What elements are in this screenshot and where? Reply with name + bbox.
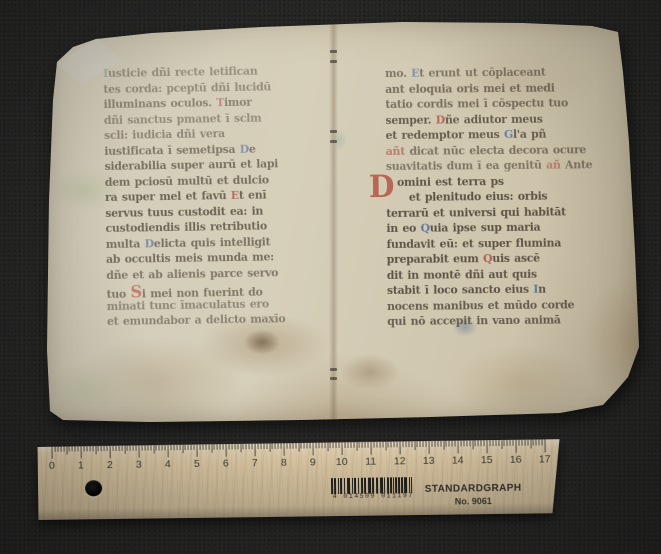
- ruler-tick: [263, 443, 264, 449]
- barcode-bar: [361, 478, 363, 494]
- fold-stitch: [330, 368, 337, 371]
- ruler-tick: [83, 445, 84, 451]
- fold-stitch: [330, 50, 337, 53]
- barcode-bar: [347, 478, 350, 494]
- ink-text: semper.: [385, 112, 435, 126]
- manuscript-line: et redemptor meus Gl'a pñ: [386, 126, 595, 143]
- ruler-tick: [310, 442, 311, 448]
- decorated-initial: Q: [483, 251, 492, 265]
- ruler-tick: [115, 445, 116, 451]
- ink-text: et redemptor meus: [386, 127, 504, 142]
- ruler-tick: [127, 445, 128, 451]
- ruler-tick: [469, 440, 470, 446]
- right-page-text: mo. Et erunt ut cōplaceantant eloquia or…: [385, 64, 596, 329]
- ruler-number: 0: [49, 460, 55, 472]
- ink-text: multa: [106, 236, 145, 251]
- barcode-bar: [401, 477, 403, 493]
- ruler-tick: [492, 440, 493, 446]
- model-label: No. 9061: [420, 496, 526, 507]
- decorated-initial: añt: [386, 143, 410, 157]
- ruler-tick: [269, 443, 270, 452]
- ruler-tick: [460, 440, 461, 446]
- barcode-bar: [393, 477, 394, 493]
- ruler-tick: [327, 442, 328, 451]
- ink-text: usticie dñi recte letifican: [108, 64, 258, 80]
- ruler-tick: [197, 444, 198, 457]
- barcode-bar: [390, 477, 392, 493]
- ruler-tick: [52, 446, 53, 459]
- ruler-tick: [449, 441, 450, 447]
- ruler-number: 16: [510, 454, 522, 466]
- ink-text: uis ascē: [492, 251, 540, 265]
- barcode-bar: [337, 478, 338, 494]
- ruler-tick: [379, 442, 380, 448]
- decorated-initial: Q: [420, 221, 429, 235]
- ruler-tick: [228, 443, 229, 449]
- ruler-tick: [223, 444, 224, 450]
- ruler-tick: [368, 442, 369, 448]
- ruler-tick: [423, 441, 424, 447]
- ruler-tick: [254, 443, 255, 456]
- ink-text: mo.: [385, 66, 411, 80]
- ruler-tick: [359, 442, 360, 448]
- barcode-bar: [364, 478, 367, 494]
- barcode-bar: [409, 477, 410, 493]
- ruler-tick: [220, 444, 221, 450]
- ruler-tick: [408, 441, 409, 447]
- ruler-tick: [397, 441, 398, 447]
- ruler-tick: [211, 444, 212, 453]
- ruler-tick: [321, 442, 322, 448]
- ruler-tick: [350, 442, 351, 448]
- ink-text: t enī: [239, 187, 267, 201]
- decorated-initial: E: [411, 66, 419, 80]
- ruler-hole: [85, 480, 102, 496]
- ruler-tick: [136, 445, 137, 451]
- ruler-tick: [66, 446, 67, 455]
- ink-text: dicat nūc electa decora ocure: [409, 142, 586, 158]
- ruler-number: 9: [310, 456, 316, 468]
- ink-text: et emundabor a delicto maxīo: [107, 311, 286, 328]
- ruler-tick: [385, 441, 386, 450]
- ruler-tick: [98, 445, 99, 451]
- ruler-tick: [315, 442, 316, 448]
- ink-text: suavitatis dum ī ea genitū: [386, 158, 546, 173]
- ruler-tick: [246, 443, 247, 449]
- barcode-bar: [340, 478, 342, 494]
- ruler-number: 5: [194, 458, 200, 470]
- manuscript-line: dit in montē dñi aut quis: [387, 266, 596, 283]
- ruler-tick: [92, 445, 93, 451]
- barcode-bar: [344, 478, 345, 494]
- ruler-tick: [182, 444, 183, 453]
- manuscript-line: in eo Quia ipse sup maria: [386, 219, 595, 236]
- ruler-tick: [81, 445, 82, 458]
- ruler-tick: [330, 442, 331, 448]
- ruler-tick: [217, 444, 218, 450]
- ruler-tick: [295, 443, 296, 449]
- ruler-tick: [498, 440, 499, 446]
- barcode-bar: [411, 477, 412, 493]
- ruler-tick: [475, 440, 476, 446]
- ruler-tick: [513, 440, 514, 446]
- ruler-tick: [428, 441, 429, 454]
- ruler-tick: [446, 441, 447, 447]
- ruler-tick: [452, 441, 453, 447]
- decorated-initial: T: [216, 95, 224, 109]
- ruler-tick: [510, 440, 511, 446]
- ruler-tick: [399, 441, 400, 454]
- ruler-tick: [283, 443, 284, 456]
- ruler-tick: [60, 446, 61, 452]
- ruler-tick: [292, 443, 293, 449]
- ruler-ticks: [38, 439, 561, 446]
- ruler-tick: [275, 443, 276, 449]
- barcode-bar: [358, 478, 359, 494]
- ruler-tick: [457, 440, 458, 453]
- ruler-tick: [420, 441, 421, 447]
- ink-text: in eo: [386, 221, 420, 235]
- ruler-tick: [339, 442, 340, 448]
- ink-text: dñi sanctus pmanet ī sclm: [104, 110, 262, 126]
- ruler-tick: [530, 440, 531, 449]
- ruler-tick: [54, 446, 55, 452]
- ruler-tick: [504, 440, 505, 446]
- manuscript-line: suavitatis dum ī ea genitū añ Ante: [386, 157, 595, 174]
- ink-text: tes corda: pceptū dñi lucidū: [103, 79, 271, 96]
- manuscript-line: Domini est terra ps: [386, 173, 595, 190]
- ruler-tick: [489, 440, 490, 446]
- ink-text: terrarū et universi qui habitāt: [386, 204, 566, 220]
- ruler-tick: [478, 440, 479, 446]
- ink-text: minati tunc īmaculatus ero: [107, 296, 269, 313]
- ruler-tick: [121, 445, 122, 451]
- ruler-tick: [463, 440, 464, 446]
- manuscript-line: fundavit eū: et super flumina: [386, 235, 595, 252]
- ruler-tick: [188, 444, 189, 450]
- barcode: 4 014509 011197: [330, 477, 416, 504]
- ruler-tick: [507, 440, 508, 446]
- ruler-tick: [231, 443, 232, 449]
- ruler-tick: [63, 446, 64, 452]
- ruler-tick: [481, 440, 482, 446]
- ruler-tick: [168, 444, 169, 457]
- ruler-tick: [266, 443, 267, 449]
- ruler-tick: [286, 443, 287, 449]
- ruler-tick: [234, 443, 235, 449]
- ruler-tick: [133, 445, 134, 451]
- manuscript-bifolium: Iusticie dñi recte letificantes corda: p…: [40, 20, 642, 428]
- ruler-tick: [524, 440, 525, 446]
- center-fold: [329, 20, 338, 428]
- left-page-text: Iusticie dñi recte letificantes corda: p…: [103, 63, 311, 330]
- ruler-tick: [501, 440, 502, 449]
- ruler-tick: [72, 446, 73, 452]
- decorated-initial: añ: [546, 157, 565, 171]
- ruler-tick: [162, 444, 163, 450]
- ruler-tick: [75, 446, 76, 452]
- barcode-bar: [376, 478, 379, 494]
- ruler-tick: [260, 443, 261, 449]
- ruler-tick: [304, 443, 305, 449]
- ruler-tick: [278, 443, 279, 449]
- ruler-tick: [298, 443, 299, 452]
- ruler-tick: [104, 445, 105, 451]
- ink-text: illuminans oculos.: [103, 95, 216, 111]
- ruler-tick: [289, 443, 290, 449]
- ruler-tick: [118, 445, 119, 451]
- ruler-tick: [257, 443, 258, 449]
- ruler-tick: [179, 444, 180, 450]
- manuscript-line: añt dicat nūc electa decora ocure: [386, 142, 595, 159]
- ruler-tick: [281, 443, 282, 449]
- ruler-tick: [191, 444, 192, 450]
- barcode-bar: [334, 478, 336, 494]
- barcode-bar: [372, 478, 374, 494]
- ink-text: ant eloquia oris mei et medi: [385, 80, 554, 95]
- barcode-bar: [380, 477, 383, 493]
- ruler-tick: [414, 441, 415, 450]
- ruler-tick: [391, 441, 392, 447]
- ink-text: nocens manibus et mūdo corde: [387, 297, 574, 313]
- decorated-initial: D: [240, 141, 249, 155]
- manuscript-line: preparabit eum Quis ascē: [387, 250, 596, 267]
- barcode-bar: [354, 478, 356, 494]
- ruler-tick: [341, 442, 342, 455]
- ruler-tick: [57, 446, 58, 452]
- ruler-tick: [373, 442, 374, 448]
- ruler-tick: [515, 440, 516, 453]
- ruler-tick: [527, 440, 528, 446]
- ruler-tick: [139, 445, 140, 458]
- ruler-tick: [150, 445, 151, 451]
- ruler-tick: [426, 441, 427, 447]
- ruler-tick: [69, 446, 70, 452]
- ruler-tick: [318, 442, 319, 448]
- ruler-tick: [431, 441, 432, 447]
- ruler-tick: [159, 444, 160, 450]
- ruler-number: 17: [539, 453, 551, 465]
- ruler-tick: [214, 444, 215, 450]
- manuscript-line: ant eloquia oris mei et medi: [385, 80, 594, 97]
- ruler-number: 4: [165, 458, 171, 470]
- ink-text: imor: [224, 95, 252, 109]
- barcode-bar: [331, 478, 333, 494]
- manuscript-line: qui nō accepit in vano animā: [387, 312, 596, 329]
- ruler-tick: [225, 444, 226, 457]
- ruler-tick: [353, 442, 354, 448]
- ruler-number: 15: [481, 454, 493, 466]
- barcode-bar: [404, 477, 407, 493]
- ruler-tick: [202, 444, 203, 450]
- ruler-tick: [272, 443, 273, 449]
- ink-text: n: [538, 282, 546, 296]
- manuscript-line: stabit ī loco sancto eius In: [387, 281, 596, 298]
- ink-text: dit in montē dñi aut quis: [387, 266, 537, 281]
- manuscript-line: et plenitudo eius: orbis: [409, 188, 595, 205]
- ruler: 01234567891011121314151617 4 014509 0111…: [38, 439, 562, 520]
- barcode-bar: [386, 477, 389, 493]
- ink-text: fundavit eū: et super flumina: [386, 235, 561, 251]
- ink-text: dñe et ab alienis parce servo: [106, 265, 278, 282]
- ruler-tick: [144, 445, 145, 451]
- ruler-number: 14: [452, 454, 464, 466]
- ruler-tick: [199, 444, 200, 450]
- ruler-number: 1: [78, 459, 84, 471]
- ink-text: servus tuus custodit ea: in: [105, 203, 263, 219]
- barcode-bar: [395, 477, 397, 493]
- ruler-tick: [362, 442, 363, 448]
- ink-text: stabit ī loco sancto eius: [387, 282, 533, 297]
- ink-text: dem pciosū multū et dulcio: [105, 172, 269, 189]
- ruler-tick: [185, 444, 186, 450]
- manuscript-line: semper. Dñe adiutor meus: [385, 111, 594, 128]
- ruler-tick: [312, 442, 313, 455]
- ink-text: e: [249, 141, 256, 155]
- ruler-number: 2: [107, 459, 113, 471]
- ruler-tick: [110, 445, 111, 458]
- ruler-tick: [417, 441, 418, 447]
- ruler-tick: [165, 444, 166, 450]
- ink-text: omini est terra ps: [397, 173, 504, 188]
- ink-text: et plenitudo eius: orbis: [409, 189, 548, 204]
- ruler-number: 10: [336, 456, 348, 468]
- ruler-tick: [141, 445, 142, 451]
- ruler-tick: [147, 445, 148, 451]
- manuscript-line: et emundabor a delicto maxīo: [107, 311, 311, 330]
- decorated-initial: D: [436, 112, 445, 126]
- ruler-tick: [539, 439, 540, 445]
- fold-stitch: [330, 377, 337, 380]
- ruler-tick: [382, 441, 383, 447]
- ruler-tick: [240, 443, 241, 452]
- ruler-tick: [440, 441, 441, 447]
- ruler-tick: [208, 444, 209, 450]
- ruler-tick: [194, 444, 195, 450]
- ruler-tick: [107, 445, 108, 451]
- fold-stitch: [330, 130, 337, 133]
- fold-stitch: [330, 140, 337, 143]
- ink-text: ñe adiutor meus: [445, 111, 543, 126]
- manuscript-line: mo. Et erunt ut cōplaceant: [385, 64, 594, 81]
- ink-text: qui nō accepit in vano animā: [387, 312, 561, 328]
- ruler-tick: [336, 442, 337, 448]
- parchment-leaf: Iusticie dñi recte letificantes corda: p…: [40, 20, 642, 428]
- barcode-bar: [398, 477, 401, 493]
- ruler-tick: [394, 441, 395, 447]
- ruler-tick: [472, 440, 473, 449]
- ruler-number: 3: [136, 459, 142, 471]
- ink-text: custodiendis illis retributio: [105, 218, 267, 235]
- ruler-tick: [101, 445, 102, 451]
- ink-text: ab occultis meis munda me:: [106, 249, 274, 266]
- ruler-tick: [544, 439, 545, 452]
- ruler-tick: [124, 445, 125, 454]
- ruler-tick: [411, 441, 412, 447]
- barcode-digits: 4 014509 011197: [330, 492, 416, 500]
- barcode-bar: [351, 478, 352, 494]
- ruler-tick: [388, 441, 389, 447]
- photo-scene: Iusticie dñi recte letificantes corda: p…: [0, 0, 661, 554]
- ruler-tick: [402, 441, 403, 447]
- ruler-tick: [243, 443, 244, 449]
- ruler-number: 7: [252, 457, 258, 469]
- ruler-tick: [347, 442, 348, 448]
- ruler-tick: [205, 444, 206, 450]
- ruler-tick: [307, 442, 308, 448]
- ruler-tick: [365, 442, 366, 448]
- ruler-tick: [173, 444, 174, 450]
- ruler-tick: [333, 442, 334, 448]
- ink-text: t erunt ut cōplaceant: [419, 65, 546, 80]
- ruler-tick: [95, 445, 96, 454]
- manuscript-line: nocens manibus et mūdo corde: [387, 297, 596, 314]
- ruler-tick: [324, 442, 325, 448]
- ruler-tick: [153, 444, 154, 453]
- ruler-number: 12: [394, 455, 406, 467]
- ruler-tick: [249, 443, 250, 449]
- ink-text: uia ipse sup maria: [430, 220, 541, 235]
- ink-text: ra super mel et favū: [105, 188, 231, 204]
- brand-label: STANDARDGRAPH: [420, 483, 526, 495]
- manuscript-line: tatio cordis mei ī cōspectu tuo: [385, 95, 594, 112]
- ruler-tick: [484, 440, 485, 446]
- ruler-tick: [112, 445, 113, 451]
- ink-text: preparabit eum: [387, 251, 484, 266]
- ink-text: tatio cordis mei ī cōspectu tuo: [385, 95, 568, 111]
- ruler-tick: [405, 441, 406, 447]
- ink-text: l'a pñ: [513, 127, 546, 141]
- ruler-tick: [89, 445, 90, 451]
- fold-stitch: [330, 60, 337, 63]
- ink-text: Ante: [565, 157, 592, 171]
- ruler-tick: [370, 442, 371, 455]
- ruler-tick: [455, 441, 456, 447]
- ruler-tick: [237, 443, 238, 449]
- ruler-tick: [86, 445, 87, 451]
- ruler-tick: [376, 442, 377, 448]
- barcode-bar: [384, 477, 386, 493]
- ruler-tick: [156, 444, 157, 450]
- ruler-tick: [533, 440, 534, 446]
- ruler-tick: [521, 440, 522, 446]
- ruler-tick: [536, 439, 537, 445]
- ruler-number: 11: [365, 456, 376, 468]
- ruler-number: 8: [281, 457, 287, 469]
- ruler-tick: [356, 442, 357, 451]
- ruler-tick: [466, 440, 467, 446]
- ruler-number: 6: [223, 458, 229, 470]
- ruler-tick: [344, 442, 345, 448]
- decorated-initial: G: [504, 127, 513, 141]
- ruler-tick: [443, 441, 444, 450]
- decorated-initial: D: [145, 236, 154, 250]
- ruler-tick: [542, 439, 543, 445]
- ruler-tick: [170, 444, 171, 450]
- ruler-tick: [486, 440, 487, 453]
- ruler-tick: [434, 441, 435, 447]
- ink-text: scli: iudicia dñi vera: [104, 126, 225, 142]
- manuscript-line: terrarū et universi qui habitāt: [386, 204, 595, 221]
- barcode-bar: [368, 478, 371, 494]
- ruler-tick: [437, 441, 438, 447]
- decorated-initial: E: [231, 188, 239, 202]
- ruler-tick: [130, 445, 131, 451]
- ruler-tick: [495, 440, 496, 446]
- ruler-wrap: 01234567891011121314151617 4 014509 0111…: [38, 439, 562, 520]
- ink-text: siderabilia super aurū et lapi: [104, 156, 278, 173]
- ruler-tick: [176, 444, 177, 450]
